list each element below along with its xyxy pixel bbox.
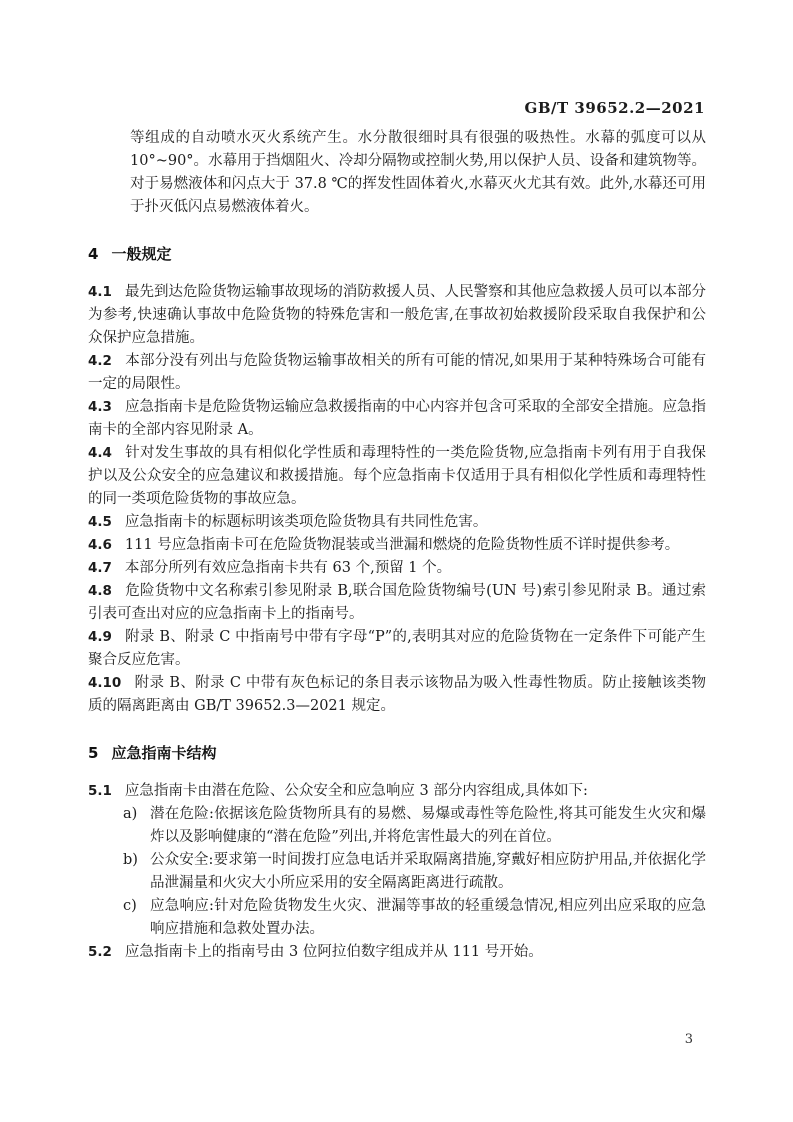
clause-4-1: 4.1最先到达危险货物运输事故现场的消防救援人员、人民警察和其他应急救援人员可以… — [88, 281, 706, 350]
section-4-title: 一般规定 — [111, 245, 171, 263]
clause-5-2-number: 5.2 — [88, 944, 112, 960]
clause-4-9: 4.9附录 B、附录 C 中指南号中带有字母“P”的,表明其对应的危险货物在一定… — [88, 626, 706, 672]
page-content: 等组成的自动喷水灭火系统产生。水分散很细时具有很强的吸热性。水幕的弧度可以从 1… — [88, 127, 706, 964]
list-text-a: 潜在危险:依据该危险货物所具有的易燃、易爆或毒性等危险性,将其可能发生火灾和爆炸… — [150, 806, 706, 845]
page-number: 3 — [685, 1028, 693, 1051]
section-5-heading: 5应急指南卡结构 — [88, 742, 706, 765]
intro-paragraph: 等组成的自动喷水灭火系统产生。水分散很细时具有很强的吸热性。水幕的弧度可以从 1… — [130, 127, 706, 219]
page-header: GB/T 39652.2—2021 — [88, 97, 705, 121]
list-item-a: a) 潜在危险:依据该危险货物所具有的易燃、易爆或毒性等危险性,将其可能发生火灾… — [88, 803, 706, 849]
clause-4-5-number: 4.5 — [88, 514, 112, 530]
clause-4-6: 4.6111 号应急指南卡可在危险货物混装或当泄漏和燃烧的危险货物性质不详时提供… — [88, 534, 706, 557]
clause-4-2-text: 本部分没有列出与危险货物运输事故相关的所有可能的情况,如果用于某种特殊场合可能有… — [88, 353, 706, 392]
standard-code: GB/T 39652.2—2021 — [525, 99, 705, 117]
section-4-number: 4 — [88, 245, 98, 263]
section-5-title: 应急指南卡结构 — [111, 744, 216, 762]
clause-4-4-text: 针对发生事故的具有相似化学性质和毒理特性的一类危险货物,应急指南卡列有用于自我保… — [88, 445, 706, 507]
list-item-b: b) 公众安全:要求第一时间拨打应急电话并采取隔离措施,穿戴好相应防护用品,并依… — [88, 849, 706, 895]
clause-4-3-number: 4.3 — [88, 399, 112, 415]
list-item-c: c) 应急响应:针对危险货物发生火灾、泄漏等事故的轻重缓急情况,相应列出应采取的… — [88, 895, 706, 941]
clause-5-1-number: 5.1 — [88, 783, 112, 799]
section-5-number: 5 — [88, 744, 98, 762]
clause-4-10-number: 4.10 — [88, 675, 121, 691]
clause-4-7-number: 4.7 — [88, 560, 112, 576]
list-marker-a: a) — [123, 803, 137, 826]
clause-4-9-number: 4.9 — [88, 629, 112, 645]
section-4-heading: 4一般规定 — [88, 243, 706, 266]
list-text-b: 公众安全:要求第一时间拨打应急电话并采取隔离措施,穿戴好相应防护用品,并依据化学… — [150, 852, 706, 891]
clause-4-2: 4.2本部分没有列出与危险货物运输事故相关的所有可能的情况,如果用于某种特殊场合… — [88, 350, 706, 396]
clause-4-7-text: 本部分所列有效应急指南卡共有 63 个,预留 1 个。 — [125, 560, 451, 576]
clause-4-7: 4.7本部分所列有效应急指南卡共有 63 个,预留 1 个。 — [88, 557, 706, 580]
clause-4-3: 4.3应急指南卡是危险货物运输应急救援指南的中心内容并包含可采取的全部安全措施。… — [88, 396, 706, 442]
clause-4-5: 4.5应急指南卡的标题标明该类项危险货物具有共同性危害。 — [88, 511, 706, 534]
clause-5-1-text: 应急指南卡由潜在危险、公众安全和应急响应 3 部分内容组成,具体如下: — [125, 783, 588, 799]
clause-4-8-text: 危险货物中文名称索引参见附录 B,联合国危险货物编号(UN 号)索引参见附录 B… — [88, 583, 706, 622]
clause-4-3-text: 应急指南卡是危险货物运输应急救援指南的中心内容并包含可采取的全部安全措施。应急指… — [88, 399, 706, 438]
list-text-c: 应急响应:针对危险货物发生火灾、泄漏等事故的轻重缓急情况,相应列出应采取的应急响… — [150, 898, 706, 937]
clause-4-10: 4.10附录 B、附录 C 中带有灰色标记的条目表示该物品为吸入性毒性物质。防止… — [88, 672, 706, 718]
clause-4-6-text: 111 号应急指南卡可在危险货物混装或当泄漏和燃烧的危险货物性质不详时提供参考。 — [125, 537, 679, 553]
list-marker-b: b) — [123, 849, 138, 872]
clause-5-2-text: 应急指南卡上的指南号由 3 位阿拉伯数字组成并从 111 号开始。 — [125, 944, 543, 960]
clause-4-5-text: 应急指南卡的标题标明该类项危险货物具有共同性危害。 — [125, 514, 488, 530]
clause-4-8-number: 4.8 — [88, 583, 112, 599]
document-page: GB/T 39652.2—2021 等组成的自动喷水灭火系统产生。水分散很细时具… — [0, 0, 793, 1122]
clause-4-4-number: 4.4 — [88, 445, 112, 461]
clause-4-4: 4.4针对发生事故的具有相似化学性质和毒理特性的一类危险货物,应急指南卡列有用于… — [88, 442, 706, 511]
clause-4-6-number: 4.6 — [88, 537, 112, 553]
clause-4-10-text: 附录 B、附录 C 中带有灰色标记的条目表示该物品为吸入性毒性物质。防止接触该类… — [88, 675, 706, 714]
clause-4-8: 4.8危险货物中文名称索引参见附录 B,联合国危险货物编号(UN 号)索引参见附… — [88, 580, 706, 626]
clause-5-2: 5.2应急指南卡上的指南号由 3 位阿拉伯数字组成并从 111 号开始。 — [88, 941, 706, 964]
clause-4-2-number: 4.2 — [88, 353, 112, 369]
list-marker-c: c) — [123, 895, 137, 918]
clause-5-1: 5.1应急指南卡由潜在危险、公众安全和应急响应 3 部分内容组成,具体如下: — [88, 780, 706, 803]
clause-4-1-number: 4.1 — [88, 284, 112, 300]
clause-4-9-text: 附录 B、附录 C 中指南号中带有字母“P”的,表明其对应的危险货物在一定条件下… — [88, 629, 706, 668]
clause-4-1-text: 最先到达危险货物运输事故现场的消防救援人员、人民警察和其他应急救援人员可以本部分… — [88, 284, 706, 346]
